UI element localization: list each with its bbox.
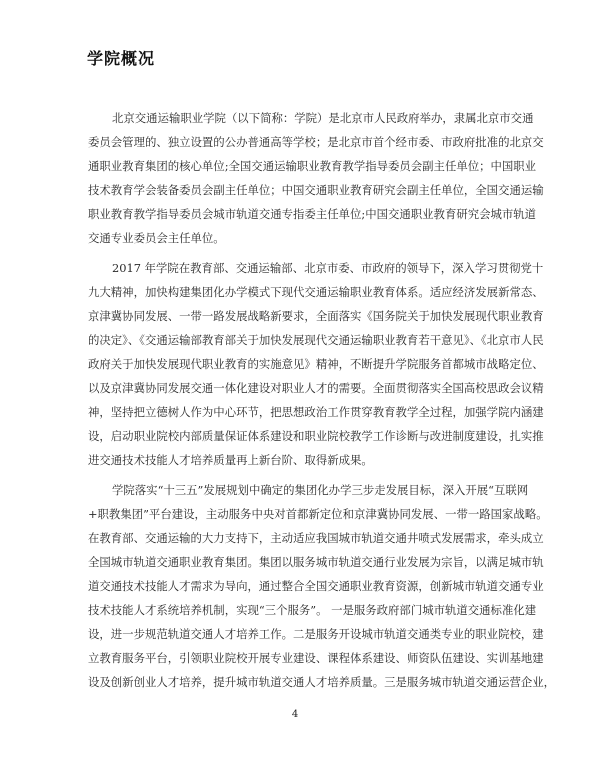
text-line: 技术技能人才系统培养机制，实现“三个服务”。 一是服务政府部门城市轨道交通标准化… xyxy=(88,598,504,622)
text-line: 的决定》、《交通运输部教育部关于加快发展现代交通运输职业教育若干意见》、《北京市… xyxy=(88,328,504,352)
text-line: 在教育部、交通运输的大力支持下，主动适应我国城市轨道交通井喷式发展需求，牵头成立 xyxy=(88,526,504,550)
text-line: 京津冀协同发展、一带一路发展战略新要求，全面落实《国务院关于加快发展现代职业教育 xyxy=(88,304,504,328)
text-line: 政府关于加快发展现代职业教育的实施意见》精神，不断提升学院服务首都城市战略定位、 xyxy=(88,352,504,376)
text-line: 北京交通运输职业学院（以下简称：学院）是北京市人民政府举办，隶属北京市交通 xyxy=(88,106,504,130)
page-number: 4 xyxy=(0,709,590,720)
text-line: 2017 年学院在教育部、交通运输部、北京市委、市政府的领导下，深入学习贯彻党十 xyxy=(88,256,504,280)
text-line: 设及创新创业人才培养，提升城市轨道交通人才培养质量。三是服务城市轨道交通运营企业… xyxy=(88,670,504,694)
document-page: 学院概况 北京交通运输职业学院（以下简称：学院）是北京市人民政府举办，隶属北京市… xyxy=(0,0,590,758)
text-line: 设，启动职业院校内部质量保证体系建设和职业院校教学工作诊断与改进制度建设，扎实推 xyxy=(88,424,504,448)
text-line: 职业教育教学指导委员会城市轨道交通专指委主任单位;中国交通职业教育研究会城市轨道 xyxy=(88,202,504,226)
document-body: 北京交通运输职业学院（以下简称：学院）是北京市人民政府举办，隶属北京市交通 委员… xyxy=(88,106,504,694)
text-line: 学院落实“十三五”发展规划中确定的集团化办学三步走发展目标，深入开展“互联网 xyxy=(88,478,504,502)
text-line: +职教集团”平台建设，主动服务中央对首都新定位和京津冀协同发展、一带一路国家战略… xyxy=(88,502,504,526)
paragraph-3: 学院落实“十三五”发展规划中确定的集团化办学三步走发展目标，深入开展“互联网 +… xyxy=(88,478,504,694)
section-title: 学院概况 xyxy=(87,46,155,69)
text-line: 委员会管理的、独立设置的公办普通高等学校；是北京市首个经市委、市政府批准的北京交 xyxy=(88,130,504,154)
paragraph-1: 北京交通运输职业学院（以下简称：学院）是北京市人民政府举办，隶属北京市交通 委员… xyxy=(88,106,504,250)
text-line: 技术教育学会装备委员会副主任单位；中国交通职业教育研究会副主任单位，全国交通运输 xyxy=(88,178,504,202)
text-line: 道交通技术技能人才需求为导向，通过整合全国交通职业教育资源，创新城市轨道交通专业 xyxy=(88,574,504,598)
text-line: 进交通技术技能人才培养质量再上新台阶、取得新成果。 xyxy=(88,448,504,472)
text-line: 以及京津冀协同发展交通一体化建设对职业人才的需要。全面贯彻落实全国高校思政会议精 xyxy=(88,376,504,400)
paragraph-2: 2017 年学院在教育部、交通运输部、北京市委、市政府的领导下，深入学习贯彻党十… xyxy=(88,256,504,472)
text-line: 设，进一步规范轨道交通人才培养工作。二是服务开设城市轨道交通类专业的职业院校，建 xyxy=(88,622,504,646)
text-line: 通职业教育集团的核心单位;全国交通运输职业教育教学指导委员会副主任单位；中国职业 xyxy=(88,154,504,178)
text-line: 神，坚持把立德树人作为中心环节，把思想政治工作贯穿教育教学全过程，加强学院内涵建 xyxy=(88,400,504,424)
text-line: 立教育服务平台，引领职业院校开展专业建设、课程体系建设、师资队伍建设、实训基地建 xyxy=(88,646,504,670)
text-line: 交通专业委员会主任单位。 xyxy=(88,226,504,250)
text-line: 全国城市轨道交通职业教育集团。集团以服务城市轨道交通行业发展为宗旨，以满足城市轨 xyxy=(88,550,504,574)
text-line: 九大精神，加快构建集团化办学模式下现代交通运输职业教育体系。适应经济发展新常态、 xyxy=(88,280,504,304)
